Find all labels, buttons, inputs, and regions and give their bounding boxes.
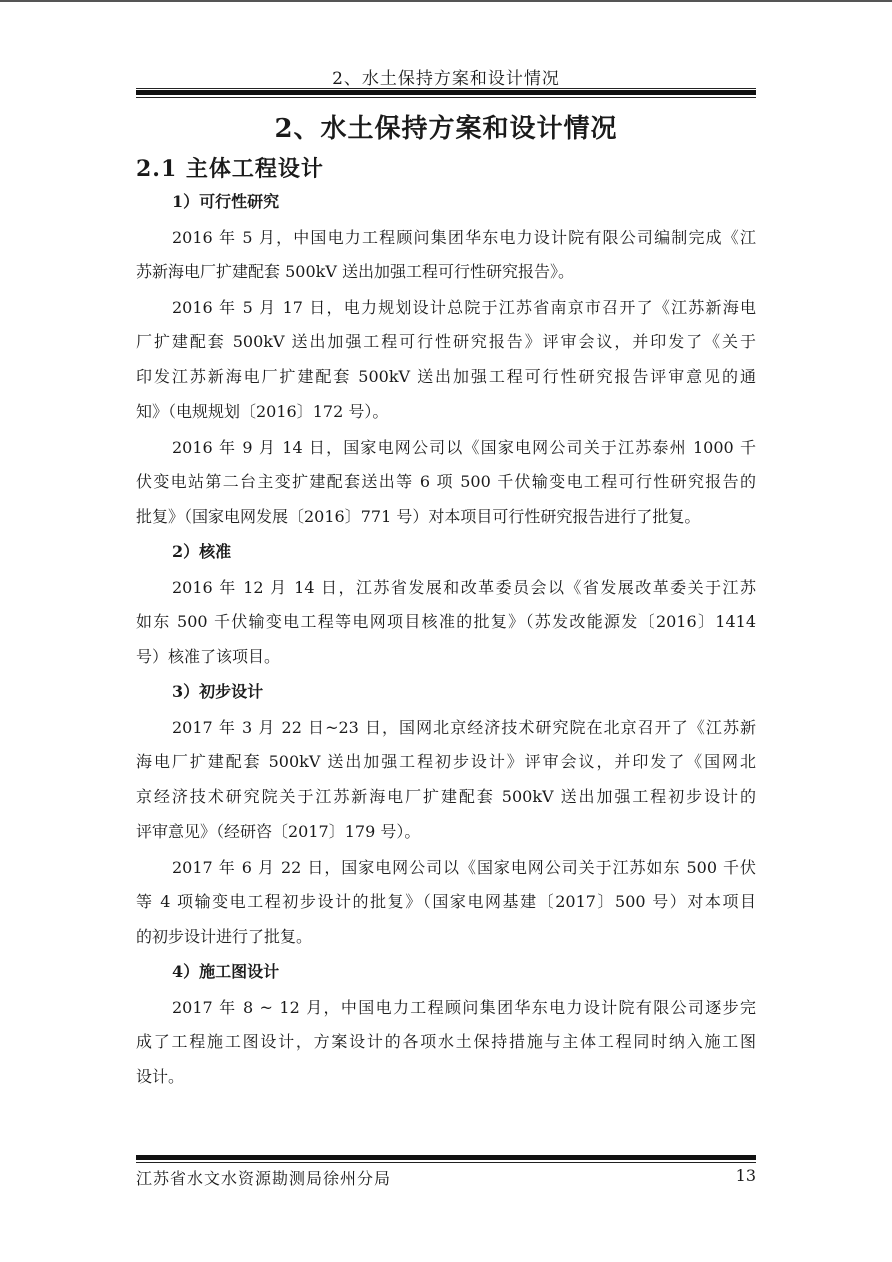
- header-rule-thin-top: [136, 88, 756, 89]
- paragraph-line: 海电厂扩建配套 500kV 送出加强工程初步设计》评审会议，并印发了《国网北: [136, 750, 756, 774]
- paragraph-line: 2016 年 9 月 14 日，国家电网公司以《国家电网公司关于江苏泰州 100…: [172, 436, 756, 460]
- paragraph-line: 2017 年 6 月 22 日，国家电网公司以《国家电网公司关于江苏如东 500…: [172, 856, 756, 880]
- subsection-heading-feasibility: 1）可行性研究: [172, 190, 279, 214]
- paragraph-line: 知》（电规规划〔2016〕172 号）。: [136, 400, 756, 424]
- header-rule-thick: [136, 90, 756, 95]
- chapter-title: 2、水土保持方案和设计情况: [136, 108, 756, 145]
- subsection-heading-preliminary-design: 3）初步设计: [172, 680, 263, 704]
- paragraph-line: 号）核准了该项目。: [136, 645, 756, 669]
- footer-organization: 江苏省水文水资源勘测局徐州分局: [136, 1166, 391, 1189]
- paragraph-line: 京经济技术研究院关于江苏新海电厂扩建配套 500kV 送出加强工程初步设计的: [136, 785, 756, 809]
- paragraph-line: 设计。: [136, 1065, 756, 1089]
- paragraph-line: 2016 年 5 月，中国电力工程顾问集团华东电力设计院有限公司编制完成《江: [172, 226, 756, 250]
- paragraph-line: 苏新海电厂扩建配套 500kV 送出加强工程可行性研究报告》。: [136, 260, 756, 284]
- paragraph-line: 如东 500 千伏输变电工程等电网项目核准的批复》（苏发改能源发〔2016〕14…: [136, 610, 756, 634]
- paragraph-line: 2017 年 3 月 22 日~23 日，国网北京经济技术研究院在北京召开了《江…: [172, 716, 756, 740]
- subsection-heading-approval: 2）核准: [172, 540, 231, 564]
- running-header: 2、水土保持方案和设计情况: [136, 64, 756, 89]
- paragraph-line: 印发江苏新海电厂扩建配套 500kV 送出加强工程可行性研究报告评审意见的通: [136, 365, 756, 389]
- page-number: 13: [736, 1166, 756, 1185]
- paragraph-line: 2016 年 5 月 17 日，电力规划设计总院于江苏省南京市召开了《江苏新海电: [172, 296, 756, 320]
- paragraph-line: 厂扩建配套 500kV 送出加强工程可行性研究报告》评审会议，并印发了《关于: [136, 330, 756, 354]
- paragraph-line: 伏变电站第二台主变扩建配套送出等 6 项 500 千伏输变电工程可行性研究报告的: [136, 470, 756, 494]
- footer-rule-thin: [136, 1162, 756, 1163]
- paragraph-line: 成了工程施工图设计，方案设计的各项水土保持措施与主体工程同时纳入施工图: [136, 1030, 756, 1054]
- section-title: 2.1 主体工程设计: [136, 152, 324, 183]
- paragraph-line: 的初步设计进行了批复。: [136, 925, 756, 949]
- paragraph-line: 2016 年 12 月 14 日，江苏省发展和改革委员会以《省发展改革委关于江苏: [172, 576, 756, 600]
- paragraph-line: 评审意见》（经研咨〔2017〕179 号）。: [136, 820, 756, 844]
- subsection-heading-construction-drawing: 4）施工图设计: [172, 960, 279, 984]
- paragraph-line: 等 4 项输变电工程初步设计的批复》（国家电网基建〔2017〕500 号）对本项…: [136, 890, 756, 914]
- footer-rule-thick: [136, 1155, 756, 1160]
- header-rule-thin-bottom: [136, 97, 756, 98]
- page-top-edge: [0, 0, 892, 2]
- paragraph-line: 批复》（国家电网发展〔2016〕771 号）对本项目可行性研究报告进行了批复。: [136, 505, 756, 529]
- paragraph-line: 2017 年 8 ~ 12 月，中国电力工程顾问集团华东电力设计院有限公司逐步完: [172, 996, 756, 1020]
